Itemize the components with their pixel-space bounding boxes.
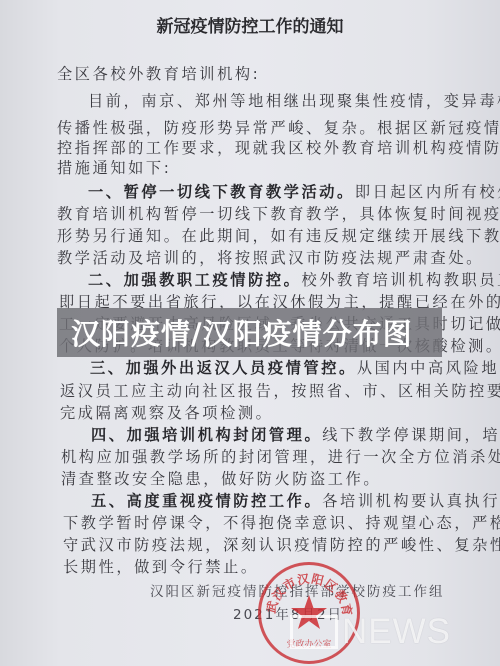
section-5-line: 下教学暂时停课令，不得抱侥幸意识、持观望心态，严格遵 [63,512,500,533]
watermark-logo-icon [290,615,338,649]
section-5-heading: 五、高度重视疫情防控工作。 [91,492,322,510]
section-3-first-line: 三、加强外出返汉人员疫情管控。从国内中高风险地区 [90,357,500,378]
intro-line: 传播性极强，防疫形势异常严峻、复杂。根据区新冠疫情防 [57,117,500,138]
section-4-first-line: 四、加强培训机构封闭管理。线下教学停课期间，培训 [91,424,500,445]
caption-banner-text: 汉阳疫情/汉阳疫情分布图 [71,312,413,353]
section-2-first-line: 二、加强教职工疫情防控。校外教育培训机构教职员工 [88,269,500,290]
section-4-line: 机构应加强教学场所的封闭管理，进行一次全方位消杀处置， [61,446,500,467]
section-3-line: 完成隔离观察及各项检测。 [60,402,273,423]
section-4-text: 线下教学停课期间，培训 [322,426,500,444]
section-5-line: 守武汉市防疫法规，深刻认识疫情防控的严峻性、复杂性和 [63,534,500,555]
section-3-heading: 三、加强外出返汉人员疫情管控。 [90,359,357,377]
section-5-line: 长期性，做到令行禁止。 [63,556,259,577]
section-1-line: 教育培训机构暂停一切线下教育教学，具体恢复时间视疫情 [57,203,500,224]
section-1-first-line: 一、暂停一切线下教育教学活动。即日起区内所有校外 [88,181,500,202]
intro-line: 目前，南京、郑州等地相继出现聚集性疫情，变异毒株 [88,90,500,111]
section-2-heading: 二、加强教职工疫情防控。 [88,271,301,289]
section-3-line: 返汉员工应主动向社区报告，按照省、市、区相关防控要求， [60,380,500,401]
section-1-line: 教学活动及培训的，将按照武汉市防疫法规严肃查处。 [57,247,484,268]
section-1-line: 形势另行通知。在此期间，如有违反规定继续开展线下教育 [57,225,500,246]
section-4-line: 清查整改安全隐患，做好防火防盗工作。 [61,468,381,489]
addressee: 全区各校外教育培训机构: [57,63,260,84]
news-watermark: NEWS [290,612,451,652]
intro-line: 措施通知如下: [57,157,171,178]
document-title: 新冠疫情防控工作的通知 [0,12,500,37]
section-5-first-line: 五、高度重视疫情防控工作。各培训机构要认真执行线 [91,490,500,511]
intro-line: 控指挥部的工作要求，现就我区校外教育培训机构疫情防控 [57,137,500,158]
section-5-text: 各培训机构要认真执行线 [322,492,500,510]
section-3-text: 从国内中高风险地区 [357,359,500,377]
section-2-text: 校外教育培训机构教职员工 [301,271,500,289]
section-1-heading: 一、暂停一切线下教育教学活动。 [88,183,355,201]
section-4-heading: 四、加强培训机构封闭管理。 [91,426,322,444]
caption-banner: 汉阳疫情/汉阳疫情分布图 [57,308,442,357]
section-1-text: 即日起区内所有校外 [355,183,500,201]
watermark-text: NEWS [342,612,451,652]
